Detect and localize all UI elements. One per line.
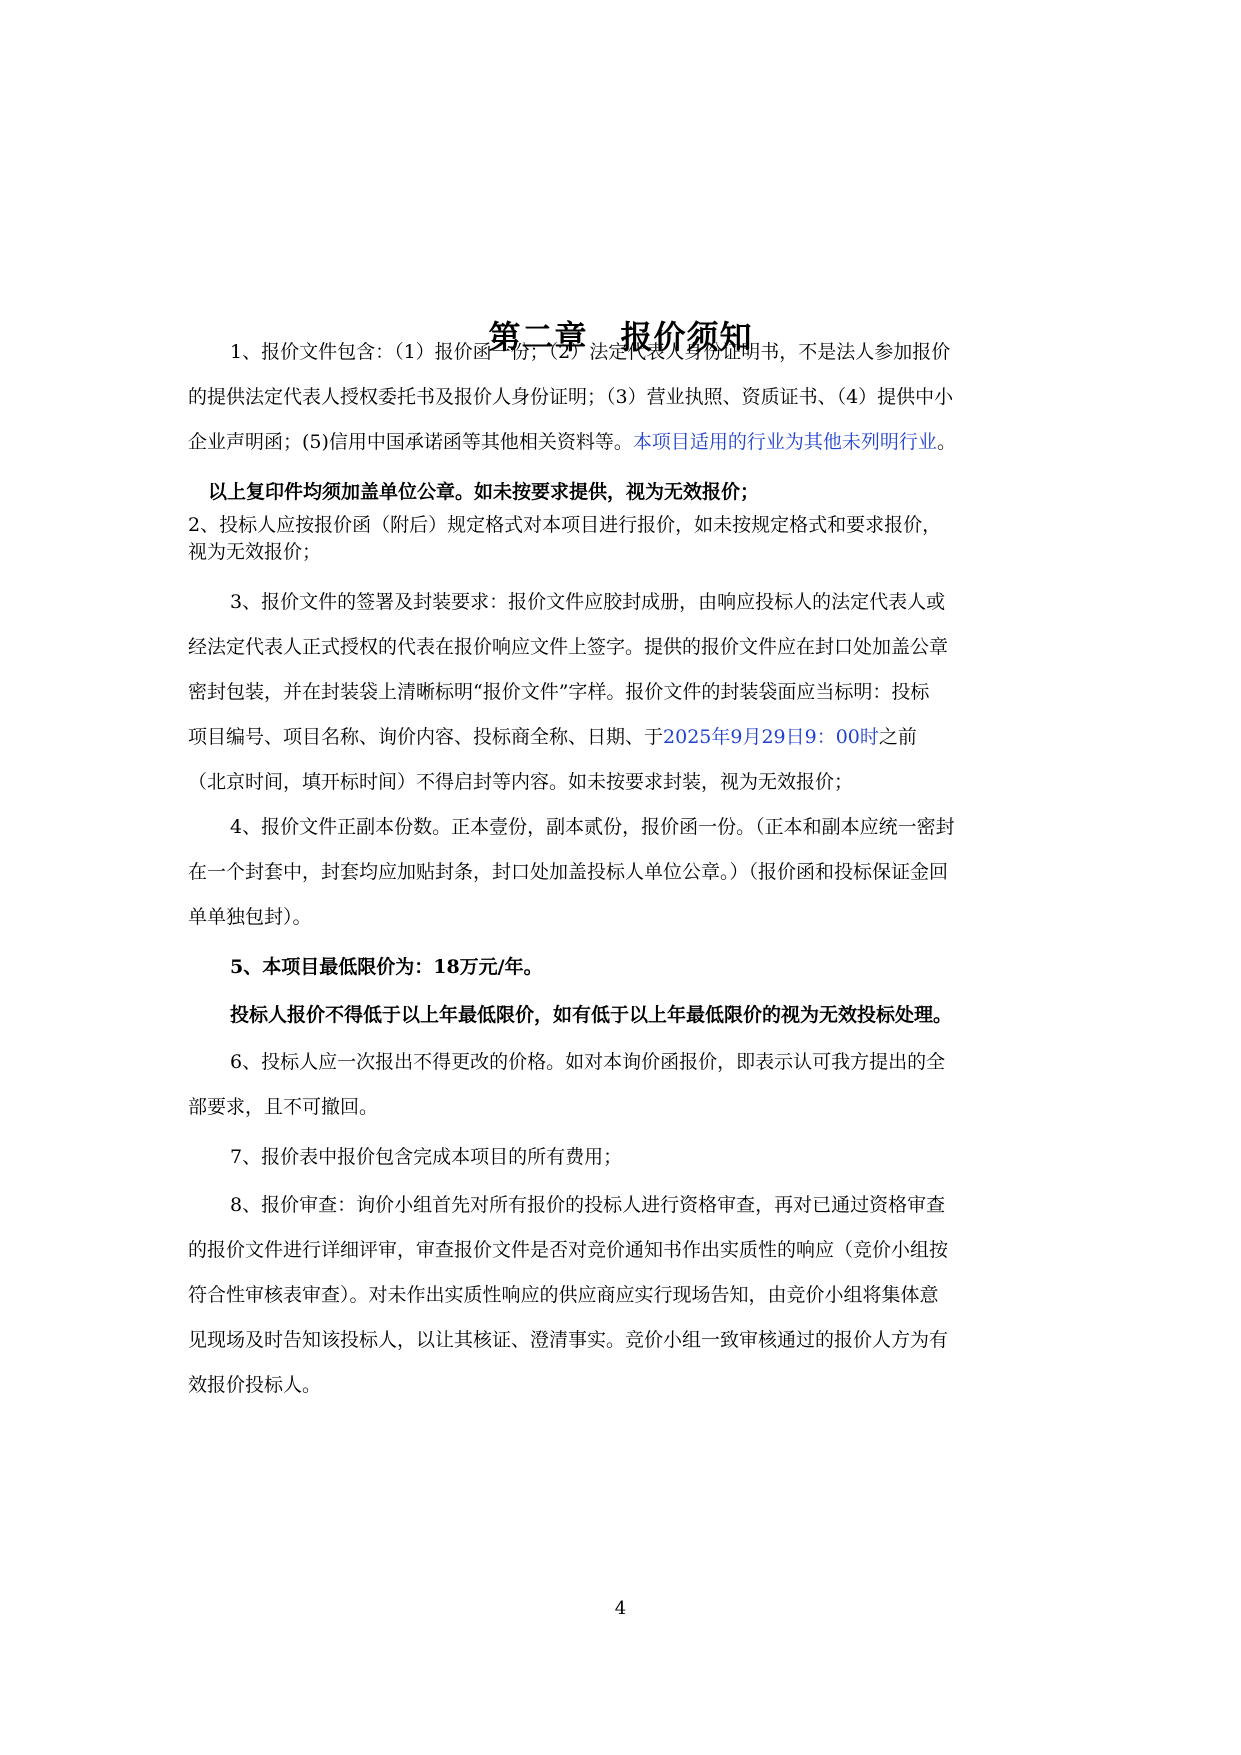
item-8-line-4: 见现场及时告知该投标人，以让其核证、澄清事实。竞价小组一致审核通过的报价人方为有 [188,1328,1068,1352]
industry-note: 本项目适用的行业为其他未列明行业 [633,431,937,453]
item-4-line-3: 单单独包封）。 [188,905,1068,929]
document-page: 第二章 报价须知 1、报价文件包含：（1）报价函一份；（2）法定代表人身份证明书… [0,0,1241,1755]
item-3-line-4: 项目编号、项目名称、询价内容、投标商全称、日期、于2025年9月29日9：00时… [188,725,1068,749]
item-4-line-1: 4、报价文件正副本份数。正本壹份，副本贰份，报价函一份。（正本和副本应统一密封 [230,815,1110,839]
text-segment: 之前 [879,726,917,748]
item-2-line-1: 2、投标人应按报价函（附后）规定格式对本项目进行报价，如未按规定格式和要求报价， [188,513,1068,537]
text-segment: 项目编号、项目名称、询价内容、投标商全称、日期、于 [188,726,663,748]
deadline-date: 2025年9月29日9：00时 [663,726,879,748]
item-4-line-2: 在一个封套中，封套均应加贴封条，封口处加盖投标人单位公章。）（报价函和投标保证金… [188,860,1068,884]
text-segment: 。 [937,431,956,453]
item-2-line-2: 视为无效报价； [188,540,1068,564]
copy-seal-note: 以上复印件均须加盖单位公章。如未按要求提供，视为无效报价； [208,480,1088,504]
item-3-line-2: 经法定代表人正式授权的代表在报价响应文件上签字。提供的报价文件应在封口处加盖公章 [188,635,1068,659]
text-segment: 企业声明函；(5)信用中国承诺函等其他相关资料等。 [188,431,633,453]
item-8-line-1: 8、报价审查：询价小组首先对所有报价的投标人进行资格审查，再对已通过资格审查 [230,1193,1110,1217]
item-1-line-2: 的提供法定代表人授权委托书及报价人身份证明；（3）营业执照、资质证书、（4）提供… [188,385,1068,409]
min-price-warning: 投标人报价不得低于以上年最低限价，如有低于以上年最低限价的视为无效投标处理。 [230,1003,1110,1027]
page-number: 4 [0,1598,1241,1619]
item-1-line-1: 1、报价文件包含：（1）报价函一份；（2）法定代表人身份证明书，不是法人参加报价 [230,340,1110,364]
item-3-line-3: 密封包装，并在封装袋上清晰标明“报价文件”字样。报价文件的封装袋面应当标明：投标 [188,680,1068,704]
item-6-line-2: 部要求，且不可撤回。 [188,1095,1068,1119]
item-6-line-1: 6、投标人应一次报出不得更改的价格。如对本询价函报价，即表示认可我方提出的全 [230,1050,1110,1074]
item-5-min-price: 5、本项目最低限价为：18万元/年。 [230,955,1110,979]
item-7: 7、报价表中报价包含完成本项目的所有费用； [230,1145,1110,1169]
item-1-line-3: 企业声明函；(5)信用中国承诺函等其他相关资料等。本项目适用的行业为其他未列明行… [188,430,1068,454]
item-3-line-1: 3、报价文件的签署及封装要求：报价文件应胶封成册，由响应投标人的法定代表人或 [230,590,1110,614]
item-8-line-2: 的报价文件进行详细评审，审查报价文件是否对竞价通知书作出实质性的响应（竞价小组按 [188,1238,1068,1262]
item-8-line-5: 效报价投标人。 [188,1373,1068,1397]
item-8-line-3: 符合性审核表审查）。对未作出实质性响应的供应商应实行现场告知，由竞价小组将集体意 [188,1283,1068,1307]
item-3-line-5: （北京时间，填开标时间）不得启封等内容。如未按要求封装，视为无效报价； [188,770,1068,794]
